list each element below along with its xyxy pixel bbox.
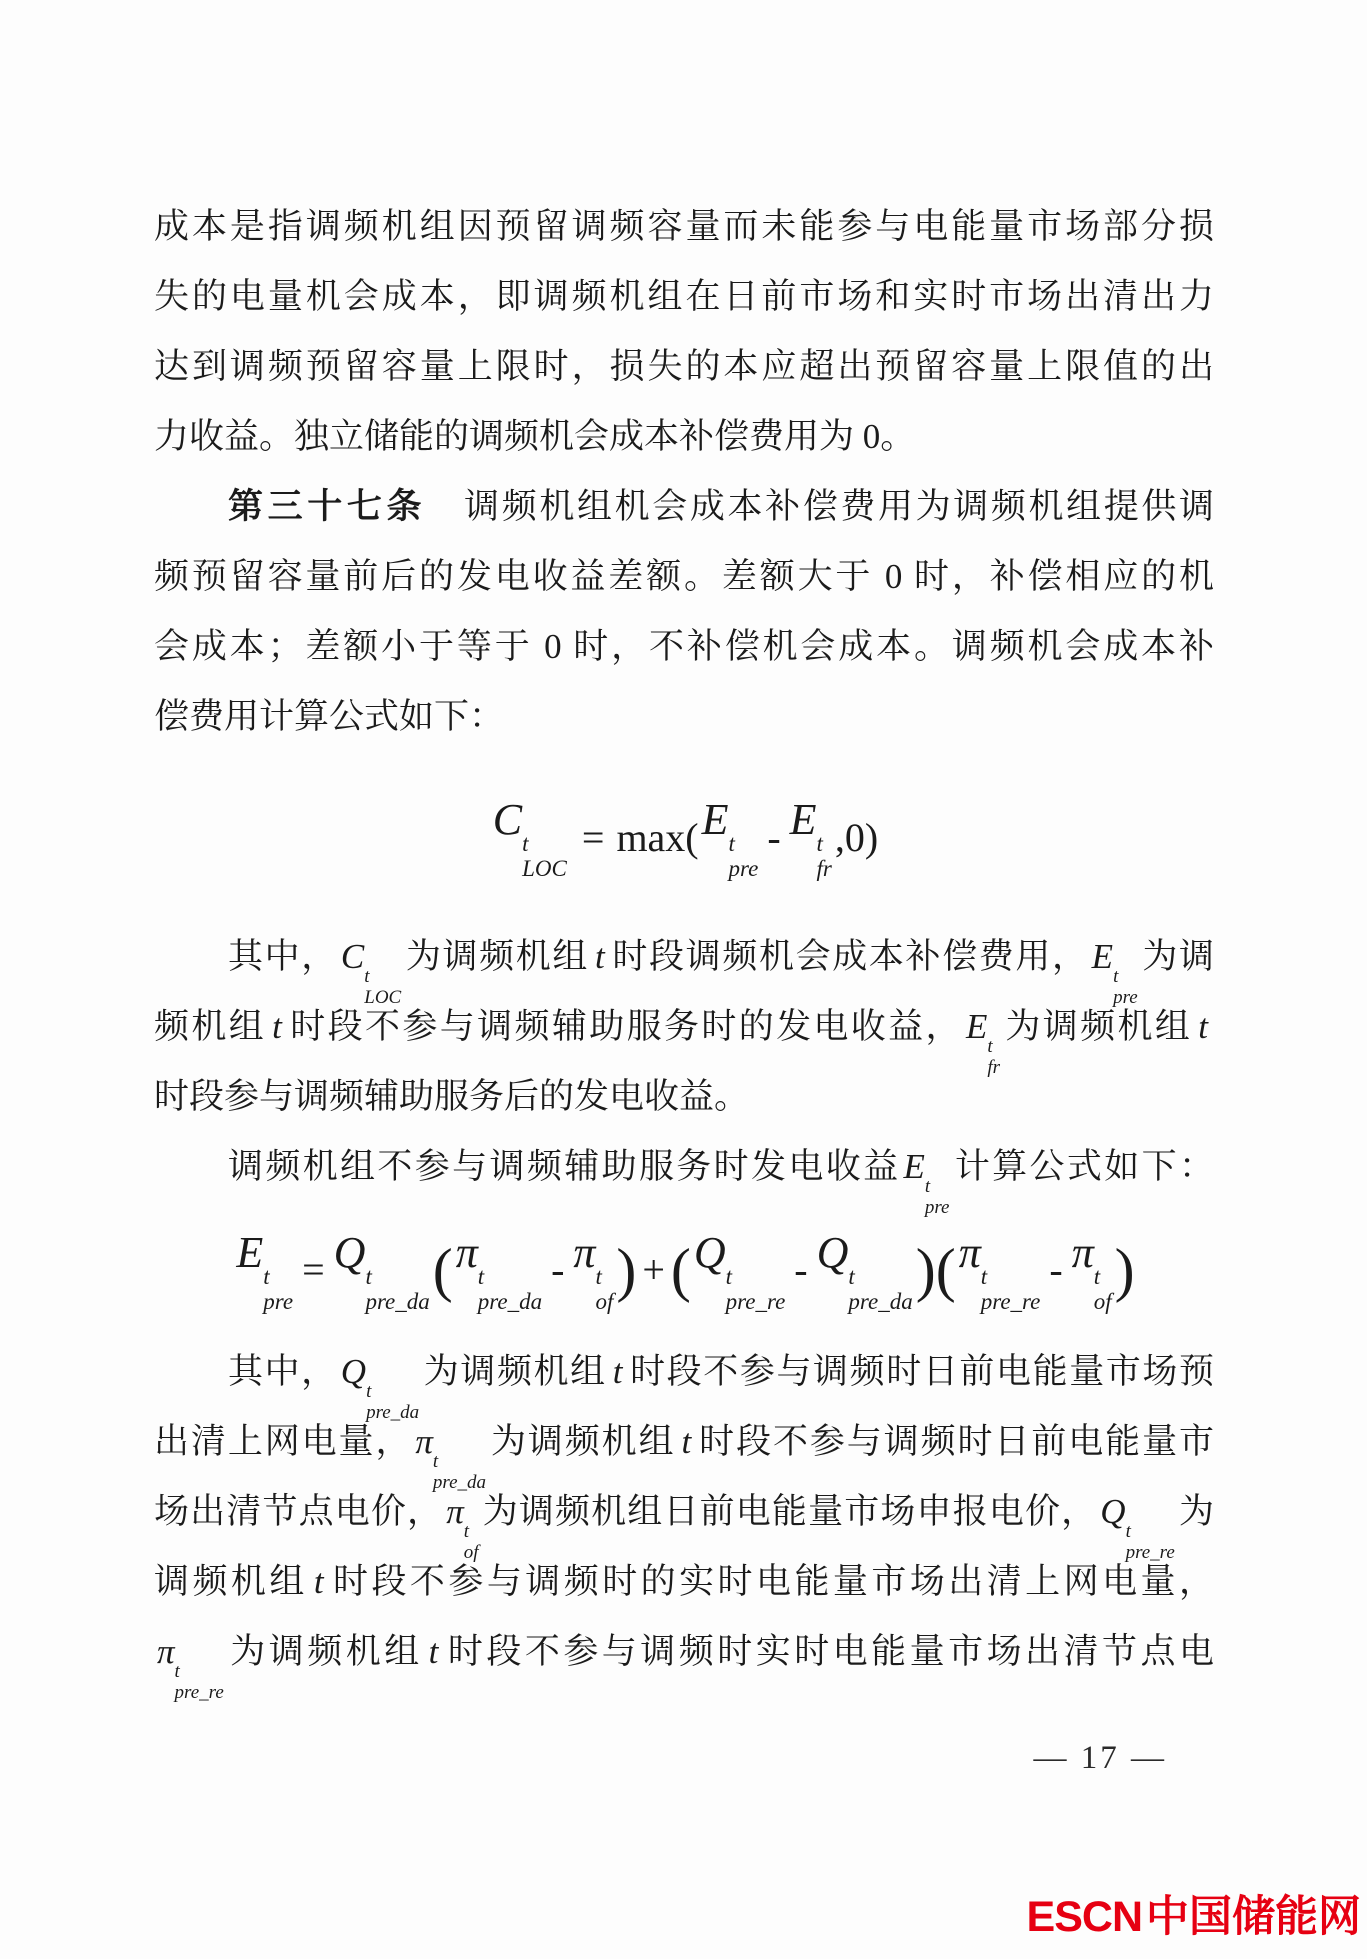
document-body: 成本是指调频机组因预留调频容量而未能参与电能量市场部分损 失的电量机会成本，即调… [154,192,1214,1687]
equals-sign: = [582,814,605,861]
math-var-t: t [272,1007,282,1046]
math-var-pi-pre-da: πtpre_da [456,1227,542,1313]
math-var-pi-pre-re: πtpre_re [157,1617,224,1702]
text-run: 时段不参与调频时实时电能量市场出清节点电 [444,1632,1214,1671]
text-run: 时段不参与调频时日前电能量市场预 [628,1352,1213,1391]
body-line-10: 频机组t时段不参与调频辅助服务时的发电收益，Etfr为调频机组t [154,992,1214,1062]
math-var-Q-pre-da: Qtpre_da [334,1227,430,1313]
body-line-6: 频预留容量前后的发电收益差额。差额大于 0 时，补偿相应的机 [154,542,1214,612]
text-run: 为调频机组 [404,937,589,976]
body-line-13: 其中，Qtpre_da为调频机组t时段不参与调频时日前电能量市场预 [154,1337,1214,1407]
text-run: 出清上网电量， [154,1422,412,1461]
text-run: 计算公式如下： [952,1147,1214,1186]
formula-pre-revenue: Etpre=Qtpre_da(πtpre_da-πtof)+(Qtpre_re-… [154,1202,1214,1337]
body-line-1: 成本是指调频机组因预留调频容量而未能参与电能量市场部分损 [154,192,1214,262]
text-run: 其中， [228,1352,338,1391]
math-var-pi-of: πtof [1072,1227,1112,1313]
minus-sign: - [767,814,780,861]
body-line-11: 时段参与调频辅助服务后的发电收益。 [154,1062,1214,1132]
document-page: 成本是指调频机组因预留调频容量而未能参与电能量市场部分损 失的电量机会成本，即调… [0,0,1367,1959]
math-var-E-fr: Etfr [966,992,1000,1077]
math-var-t: t [595,937,605,976]
math-var-t: t [1198,1007,1208,1046]
math-var-t: t [314,1562,324,1601]
plus-sign: + [642,1246,665,1293]
math-var-t: t [682,1422,692,1461]
text-run: 调频机组机会成本补偿费用为调频机组提供调 [464,487,1214,526]
text-run: 场出清节点电价， [154,1492,443,1531]
body-line-12: 调频机组不参与调频辅助服务时发电收益Etpre计算公式如下： [154,1132,1214,1202]
text-run: 为调频机组 [1003,1007,1192,1046]
math-var-E-pre: Etpre [903,1132,949,1217]
math-var-t: t [613,1352,623,1391]
text-run: 频机组 [154,1007,266,1046]
text-run: 其中， [228,937,338,976]
text-run: 为调频机组 [489,1422,675,1461]
minus-sign: - [551,1246,564,1293]
math-var-pi-of: πtof [573,1227,613,1313]
minus-sign: - [794,1246,807,1293]
math-var-E-pre: Etpre [236,1227,293,1313]
body-line-17: πtpre_re为调频机组t时段不参与调频时实时电能量市场出清节点电 [154,1617,1214,1687]
math-var-Q-pre-da: Qtpre_da [817,1227,913,1313]
text-run: 调频机组 [154,1562,308,1601]
body-line-7: 会成本；差额小于等于 0 时，不补偿机会成本。调频机会成本补 [154,612,1214,682]
page-number: — 17 — [1034,1740,1168,1777]
body-line-9: 其中，CtLOC为调频机组t时段调频机会成本补偿费用，Etpre为调 [154,922,1214,992]
body-line-8: 偿费用计算公式如下： [154,682,1214,752]
body-line-3: 达到调频预留容量上限时，损失的本应超出预留容量上限值的出 [154,332,1214,402]
body-line-15: 场出清节点电价，πtof为调频机组日前电能量市场申报电价，Qtpre_re为 [154,1477,1214,1547]
body-line-16: 调频机组t时段不参与调频时的实时电能量市场出清上网电量， [154,1547,1214,1617]
equals-sign: = [302,1246,325,1293]
watermark-latin-text: ESCN [1027,1893,1142,1941]
math-var-t: t [429,1632,439,1671]
math-var-Q-pre-re: Qtpre_re [694,1227,785,1313]
body-line-14: 出清上网电量，πtpre_da为调频机组t时段不参与调频时日前电能量市 [154,1407,1214,1477]
minus-sign: - [1049,1246,1062,1293]
text-run: 为调 [1141,937,1214,976]
math-var-pi-pre-re: πtpre_re [959,1227,1041,1313]
formula-opportunity-cost: CtLOC=max(Etpre-Etfr,0) [154,752,1214,922]
math-var-E-fr: Etfr [790,794,832,880]
escn-watermark-logo: ESCN中国储能网 [1027,1892,1361,1942]
text-run: 为调频机组 [422,1352,607,1391]
text-run: 时段不参与调频时日前电能量市 [697,1422,1214,1461]
body-line-2: 失的电量机会成本，即调频机组在日前市场和实时市场出清出力 [154,262,1214,332]
watermark-chinese-text: 中国储能网 [1146,1893,1361,1941]
text-run: 时段调频机会成本补偿费用， [611,937,1089,976]
text-run: 调频机组不参与调频辅助服务时发电收益 [228,1147,900,1186]
text-run: 为 [1178,1492,1214,1531]
body-line-4: 力收益。独立储能的调频机会成本补偿费用为 0。 [154,402,1214,472]
article-number-heading: 第三十七条 [228,487,426,526]
math-var-E-pre: Etpre [702,794,759,880]
max-function: max( [616,814,698,861]
body-line-5: 第三十七条调频机组机会成本补偿费用为调频机组提供调 [154,472,1214,542]
text-run: 为调频机组 [227,1632,423,1671]
text-run: 为调频机组日前电能量市场申报电价， [482,1492,1098,1531]
text-run: 时段不参与调频辅助服务时的发电收益， [288,1007,963,1046]
math-var-C-LOC: CtLOC [493,794,567,880]
text-run: 时段不参与调频时的实时电能量市场出清上网电量， [330,1562,1214,1601]
formula-tail: ,0) [835,814,878,861]
